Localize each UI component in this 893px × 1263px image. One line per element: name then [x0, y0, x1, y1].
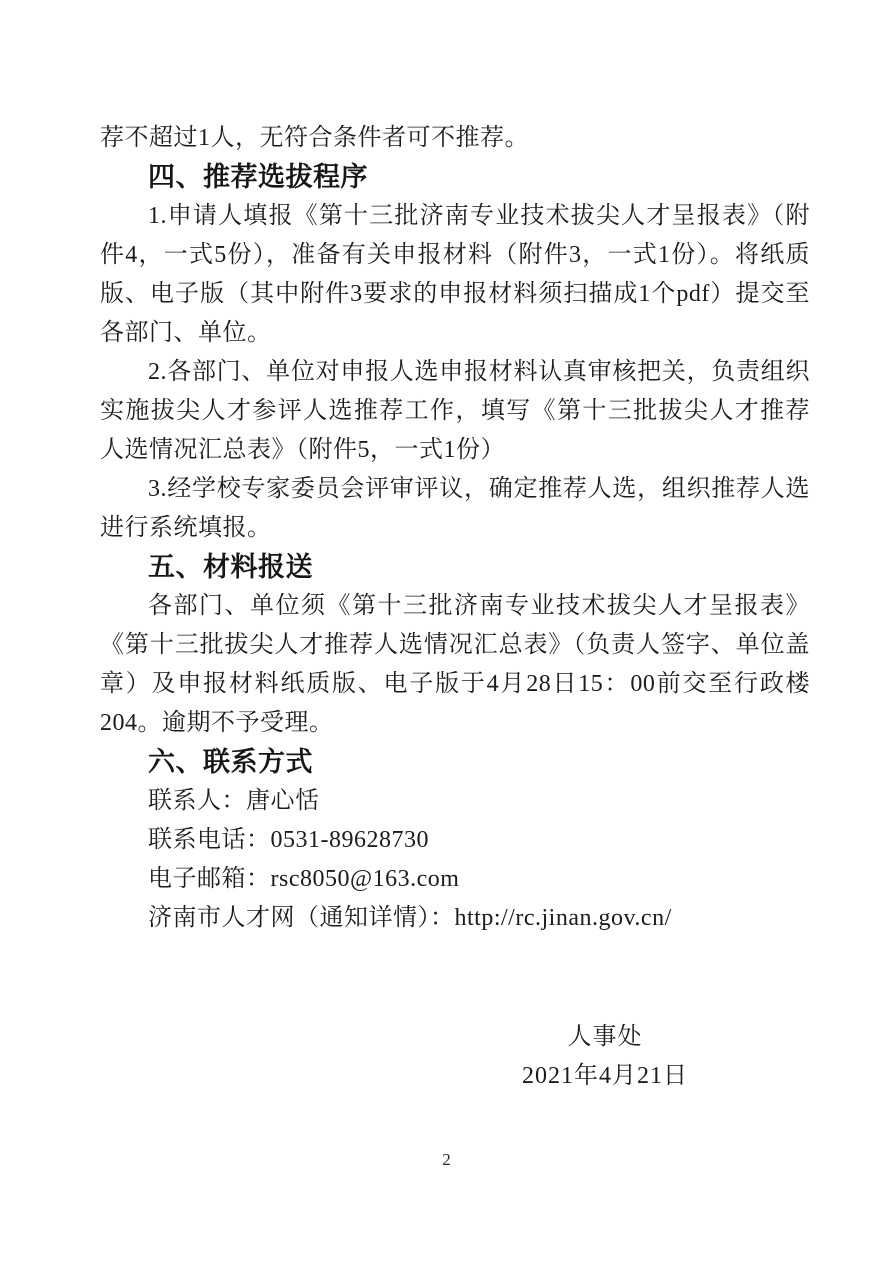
contact-email-line: 电子邮箱：rsc8050@163.com [100, 860, 810, 899]
talent-site-url-line: 济南市人才网（通知详情）：http://rc.jinan.gov.cn/ [100, 899, 810, 938]
paragraph-recommendation-limit: 荐不超过1人，无符合条件者可不推荐。 [100, 119, 810, 158]
section-heading-6-contact: 六、联系方式 [100, 743, 810, 782]
paragraph-step-3: 3.经学校专家委员会评审评议，确定推荐人选，组织推荐人选进行系统填报。 [100, 470, 810, 548]
paragraph-step-2: 2.各部门、单位对申报人选申报材料认真审核把关，负责组织实施拔尖人才参评人选推荐… [100, 353, 810, 470]
section-heading-5-material-submission: 五、材料报送 [100, 548, 810, 587]
contact-person-line: 联系人：唐心恬 [100, 782, 810, 821]
paragraph-material-deadline: 各部门、单位须《第十三批济南专业技术拔尖人才呈报表》《第十三批拔尖人才推荐人选情… [100, 587, 810, 743]
section-heading-4-procedure: 四、推荐选拔程序 [100, 158, 810, 197]
page-number: 2 [0, 1150, 893, 1170]
paragraph-step-1: 1.申请人填报《第十三批济南专业技术拔尖人才呈报表》（附件4，一式5份），准备有… [100, 197, 810, 353]
document-body: 荐不超过1人，无符合条件者可不推荐。 四、推荐选拔程序 1.申请人填报《第十三批… [100, 0, 810, 1096]
document-page: 荐不超过1人，无符合条件者可不推荐。 四、推荐选拔程序 1.申请人填报《第十三批… [0, 0, 893, 1263]
signature-org: 人事处 [522, 1018, 688, 1057]
signature-date: 2021年4月21日 [522, 1057, 688, 1096]
contact-phone-line: 联系电话：0531-89628730 [100, 821, 810, 860]
signature-block: 人事处 2021年4月21日 [522, 1018, 688, 1096]
